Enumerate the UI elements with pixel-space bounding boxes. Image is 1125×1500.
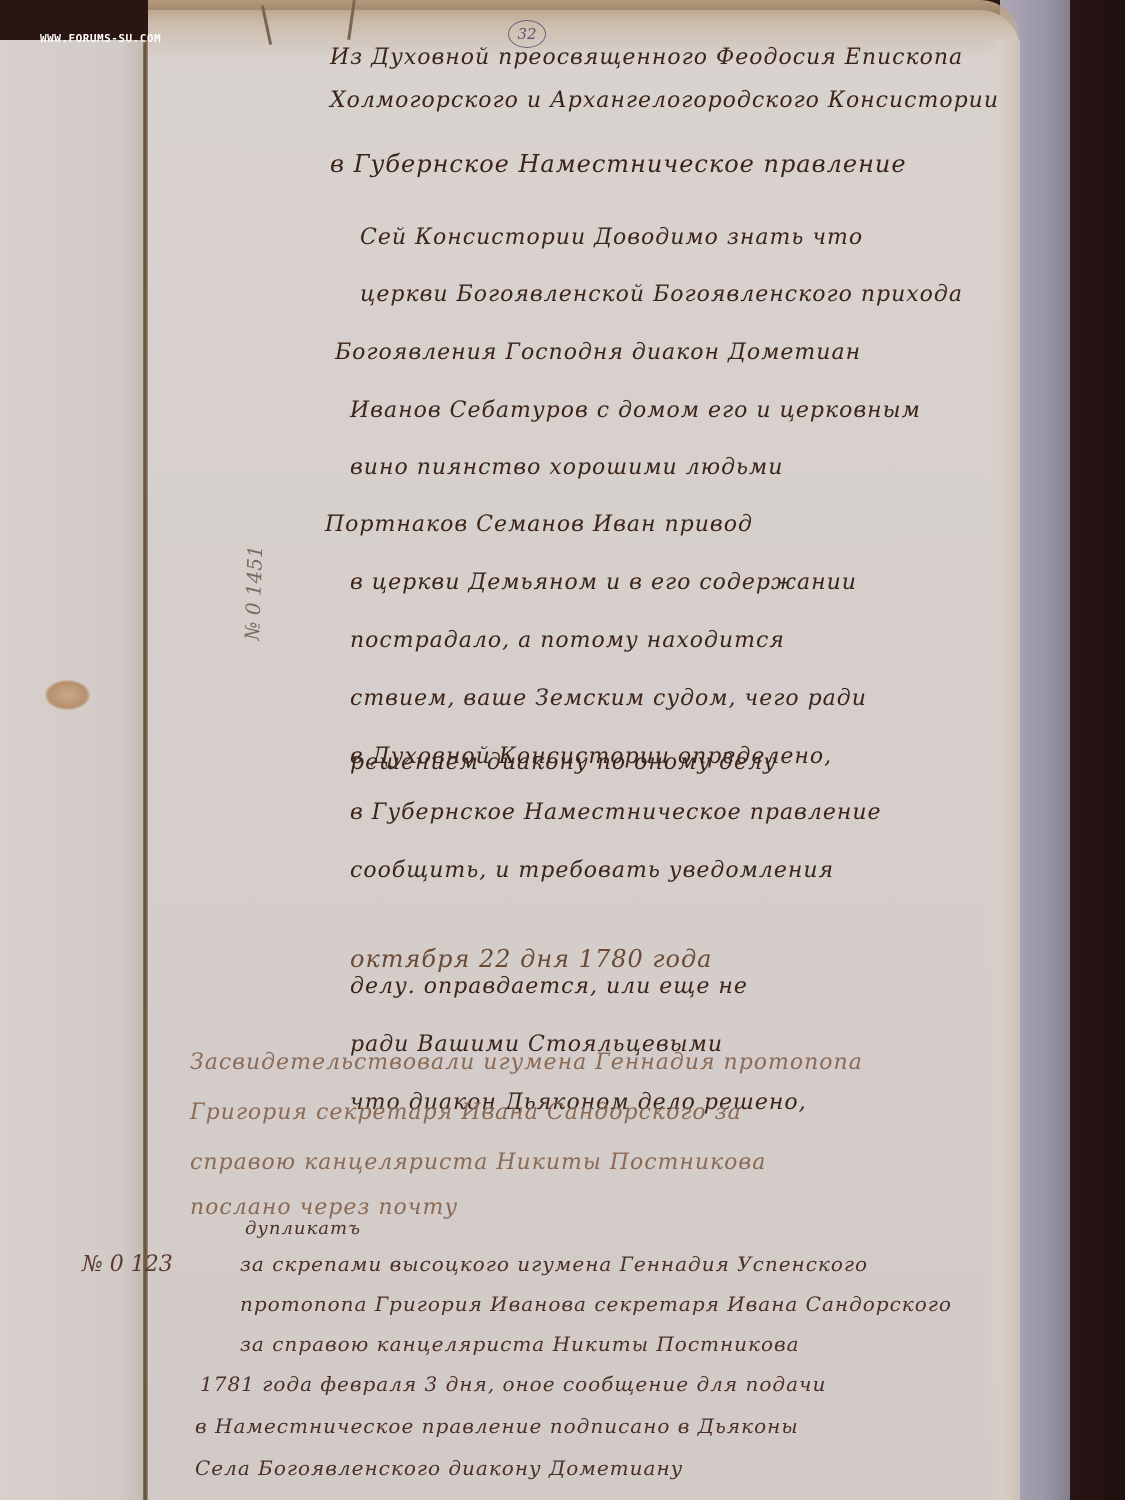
text-line: в церкви Демьяном и в его содержании (350, 570, 857, 595)
watermark: WWW.FORUMS-SU.COM (40, 32, 161, 45)
signature-line: послано через почту (190, 1195, 458, 1220)
text-line: сообщить, и требовать уведомления (350, 858, 834, 883)
superscript-note: дупликатъ (245, 1218, 361, 1239)
entry-line: 1781 года февраля 3 дня, оное сообщение … (200, 1372, 826, 1396)
text-line: Портнаков Семанов Иван привод (325, 512, 753, 537)
text-line: делу. оправдается, или еще не (350, 974, 748, 999)
text-line: Холмогорского и Архангелогородского Конс… (330, 88, 999, 113)
text-line: в Губернское Наместническое правление (350, 800, 882, 825)
margin-note: № 0 1451 (240, 545, 267, 641)
text-line: решением диакону по оному делу (350, 750, 777, 775)
text-line: ствием, ваше Земским судом, чего ради (350, 686, 867, 711)
text-line: вино пиянство хорошими людьми (350, 455, 783, 480)
text-line: Из Духовной преосвященного Феодосия Епис… (330, 45, 963, 70)
page-worn-edge (985, 40, 1020, 1500)
text-line: Иванов Себатуров с домом его и церковным (350, 398, 921, 423)
binding-thread (255, 0, 375, 45)
signature-line: справою канцеляриста Никиты Постникова (190, 1150, 766, 1175)
entry-line: за скрепами высоцкого игумена Геннадия У… (240, 1252, 868, 1276)
left-facing-page (0, 40, 150, 1500)
entry-line: в Наместническое правление подписано в Д… (195, 1414, 799, 1438)
page-number: 32 (508, 20, 546, 48)
text-line: пострадало, а потому находится (350, 628, 785, 653)
paper-stain (45, 680, 90, 710)
text-line: в Губернское Наместническое правление (330, 150, 907, 178)
date-line: октября 22 дня 1780 года (350, 945, 712, 973)
text-line: церкви Богоявленской Богоявленского прих… (360, 282, 963, 307)
text-line: Сей Консистории Доводимо знать что (360, 225, 863, 250)
text-line: Богоявления Господня диакон Дометиан (335, 340, 861, 365)
entry-line: протопопа Григория Иванова секретаря Ива… (240, 1292, 952, 1316)
signature-line: Засвидетельствовали игумена Геннадия про… (190, 1050, 863, 1075)
entry-line: Села Богоявленского диакону Дометиану (195, 1456, 683, 1480)
entry-line: за справою канцеляриста Никиты Постников… (240, 1332, 800, 1356)
signature-line: Григория секретаря Ивана Сандорского за (190, 1100, 742, 1125)
margin-number: № 0 123 (82, 1252, 173, 1277)
